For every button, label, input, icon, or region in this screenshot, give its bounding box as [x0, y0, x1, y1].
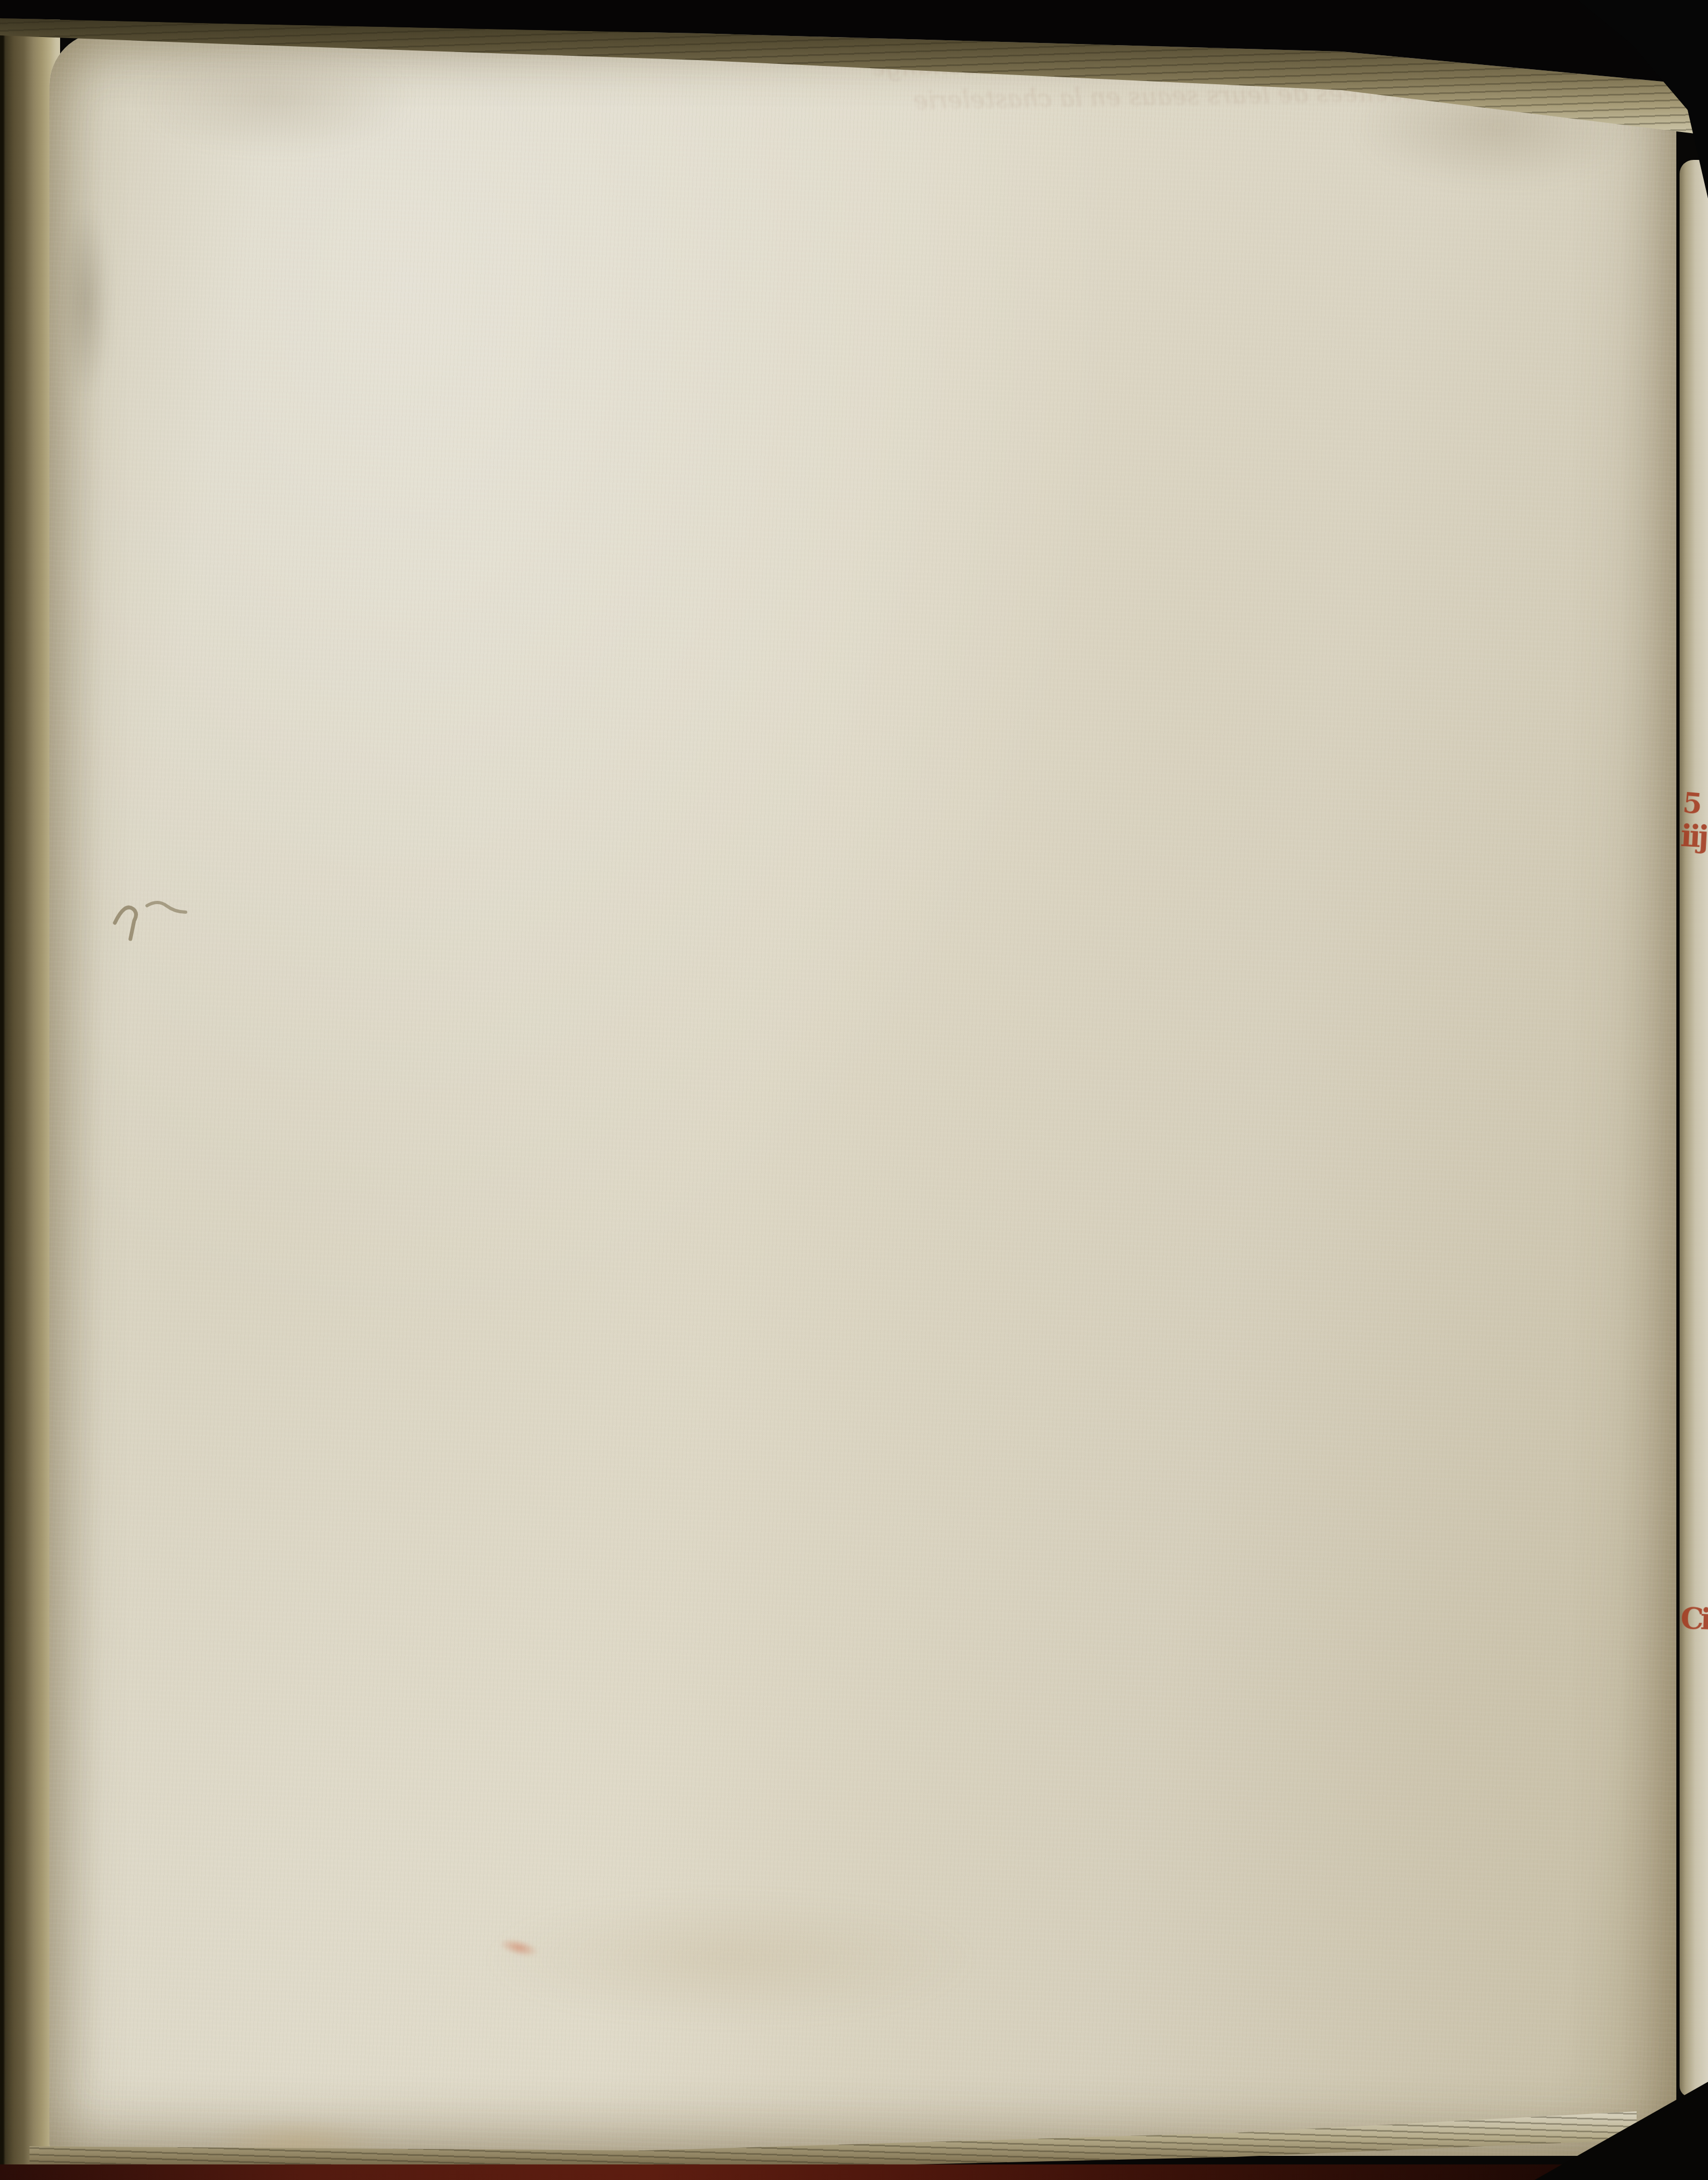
margin-pen-mark [107, 890, 193, 943]
red-margin-numeral: 5 [1682, 788, 1704, 820]
book-cover-edge [0, 2164, 1708, 2180]
manuscript-photo: 5 iij Ciij sire le roy conferme les lett… [0, 0, 1708, 2180]
manuscript-page: sire le roy conferme les lettres dou dit… [49, 32, 1676, 2156]
stain [484, 1894, 978, 2023]
parchment-texture [49, 32, 1676, 2156]
red-margin-numeral: Ciij [1680, 1603, 1708, 1635]
facing-page-sliver: 5 iij Ciij [1680, 160, 1708, 2097]
red-margin-numeral: iij [1680, 820, 1707, 853]
stain [59, 204, 113, 397]
backdrop-top [0, 0, 1708, 126]
